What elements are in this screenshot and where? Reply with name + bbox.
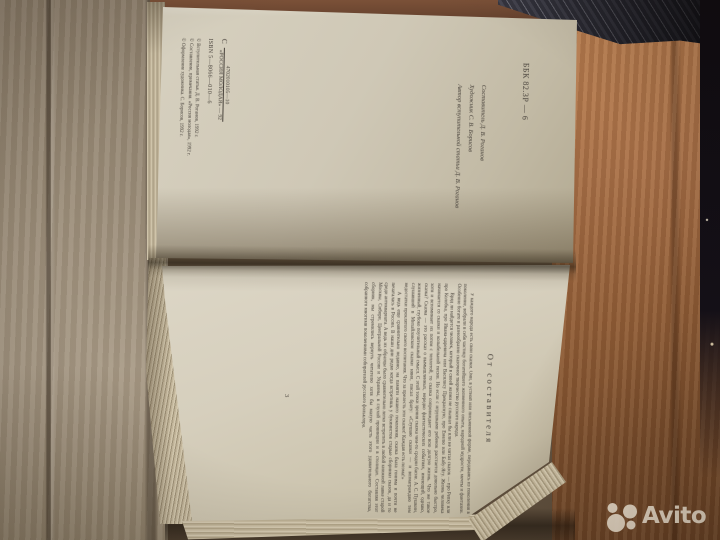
copyright-lines: © Вступительная статья. Д. В. Роганов, 1…: [174, 38, 201, 256]
credits-block: Составитель Д. В. Роганов Художник С. В.…: [450, 84, 489, 209]
imprint-bottom-block: С 4702010105—10 «РОССИЯ МОЛОДАЯ» — 92 IS…: [174, 38, 231, 257]
avito-logo-icon: [605, 499, 639, 533]
wood-table-left-planks: [0, 0, 168, 540]
catalog-prefix: С: [221, 39, 230, 44]
chapter-heading: От составителя: [483, 270, 498, 528]
book-imprint-page: ББК 82.3Р — 6 Составитель Д. В. Роганов …: [150, 0, 580, 268]
body-paragraph: А ведь еще сравнительно недавно, на памя…: [358, 282, 402, 513]
body-paragraph: Вряд ли найдется человек, который в свое…: [397, 283, 454, 514]
photo-open-book-on-table: ББК 82.3Р — 6 Составитель Д. В. Роганов …: [0, 0, 720, 540]
catalog-number: С 4702010105—10 «РОССИЯ МОЛОДАЯ» — 92: [214, 39, 232, 257]
avito-wordmark: Avito: [642, 503, 706, 529]
body-paragraph: У каждого народа есть свои сказки. Они, …: [450, 284, 474, 514]
imprint-rotated-text: ББК 82.3Р — 6 Составитель Д. В. Роганов …: [152, 3, 578, 264]
wood-table-right-plank: [552, 0, 720, 540]
bbk-classification-code: ББК 82.3Р — 6: [520, 63, 530, 121]
isbn-line: ISBN 5—8066—010—6: [203, 38, 214, 256]
catalog-fraction: 4702010105—10 «РОССИЯ МОЛОДАЯ» — 92: [217, 48, 232, 122]
dark-edge-strip: [700, 0, 720, 478]
body-text: У каждого народа есть свои сказки. Они, …: [292, 281, 474, 514]
text-page-rotated-content: От составителя У каждого народа есть сво…: [163, 265, 567, 530]
page-number: 3: [281, 267, 293, 525]
avito-watermark: Avito: [605, 494, 717, 538]
book-spine-shadow: [148, 245, 576, 281]
